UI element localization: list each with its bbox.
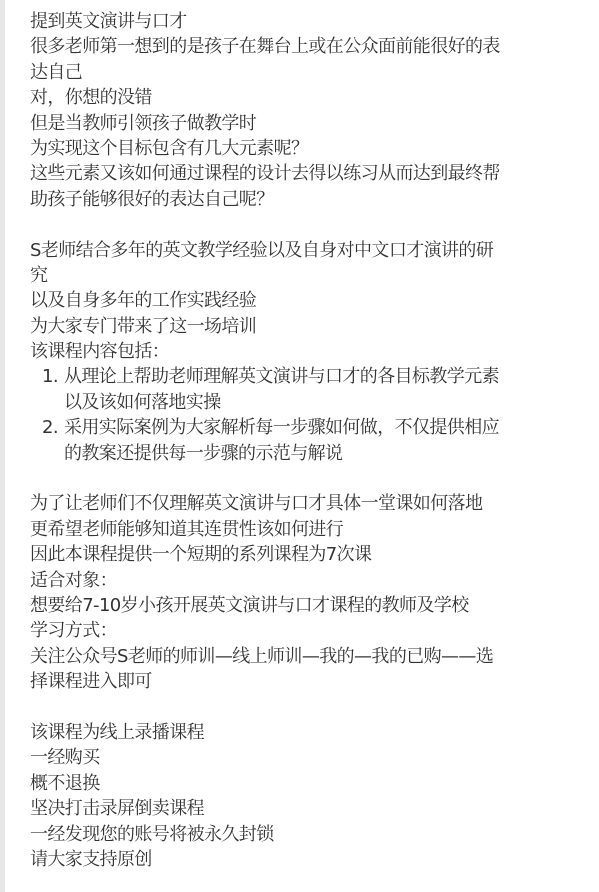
text-line: 采用实际案例为大家解析每一步骤如何做，不仅提供相应 [64, 415, 499, 440]
details-paragraph: 为了让老师们不仅理解英文演讲与口才具体一堂课如何落地 更希望老师能够知道其连贯性… [30, 491, 579, 694]
text-line: 助孩子能够很好的表达自己呢？ [30, 187, 579, 212]
paragraph-spacer [30, 212, 579, 237]
text-line: 为了让老师们不仅理解英文演讲与口才具体一堂课如何落地 [30, 491, 579, 516]
list-number: 2. [30, 415, 64, 466]
course-description: 提到英文演讲与口才 很多老师第一想到的是孩子在舞台上或在公众面前能很好的表 达自… [30, 9, 579, 872]
list-item: 2. 采用实际案例为大家解析每一步骤如何做，不仅提供相应 的教案还提供每一步骤的… [30, 415, 579, 466]
text-line: 该课程内容包括： [30, 339, 579, 364]
list-number: 1. [30, 364, 64, 415]
text-line: 对，你想的没错 [30, 85, 579, 110]
text-line: 为大家专门带来了这一场培训 [30, 314, 579, 339]
course-content-list: 1. 从理论上帮助老师理解英文演讲与口才的各目标教学元素 以及该如何落地实操 2… [30, 364, 579, 466]
text-line: 一经购买 [30, 745, 579, 770]
text-line: 从理论上帮助老师理解英文演讲与口才的各目标教学元素 [64, 364, 499, 389]
text-line: 适合对象： [30, 568, 579, 593]
text-line: 但是当教师引领孩子做教学时 [30, 111, 579, 136]
text-line: 择课程进入即可 [30, 669, 579, 694]
text-line: 因此本课程提供一个短期的系列课程为7次课 [30, 542, 579, 567]
text-line: 以及该如何落地实操 [64, 390, 499, 415]
text-line: 该课程为线上录播课程 [30, 720, 579, 745]
text-line: 为实现这个目标包含有几大元素呢？ [30, 136, 579, 161]
text-line: 这些元素又该如何通过课程的设计去得以练习从而达到最终帮 [30, 161, 579, 186]
text-line: 更希望老师能够知道其连贯性该如何进行 [30, 517, 579, 542]
text-line: 概不退换 [30, 771, 579, 796]
text-line: 一经发现您的账号将被永久封锁 [30, 822, 579, 847]
text-line: 的教案还提供每一步骤的示范与解说 [64, 441, 499, 466]
text-line: 很多老师第一想到的是孩子在舞台上或在公众面前能很好的表 [30, 34, 579, 59]
text-line: 关注公众号S老师的师训—线上师训—我的—我的已购——选 [30, 644, 579, 669]
text-line: S老师结合多年的英文教学经验以及自身对中文口才演讲的研 [30, 238, 579, 263]
text-line: 学习方式： [30, 618, 579, 643]
instructor-paragraph: S老师结合多年的英文教学经验以及自身对中文口才演讲的研 究 以及自身多年的工作实… [30, 238, 579, 467]
left-border-strip [0, 0, 5, 892]
list-item: 1. 从理论上帮助老师理解英文演讲与口才的各目标教学元素 以及该如何落地实操 [30, 364, 579, 415]
text-line: 想要给7-10岁小孩开展英文演讲与口才课程的教师及学校 [30, 593, 579, 618]
policy-paragraph: 该课程为线上录播课程 一经购买 概不退换 坚决打击录屏倒卖课程 一经发现您的账号… [30, 720, 579, 872]
paragraph-spacer [30, 695, 579, 720]
text-line: 达自己 [30, 60, 579, 85]
text-line: 以及自身多年的工作实践经验 [30, 288, 579, 313]
text-line: 究 [30, 263, 579, 288]
text-line: 请大家支持原创 [30, 847, 579, 872]
text-line: 提到英文演讲与口才 [30, 9, 579, 34]
text-line: 坚决打击录屏倒卖课程 [30, 796, 579, 821]
paragraph-spacer [30, 466, 579, 491]
intro-paragraph: 提到英文演讲与口才 很多老师第一想到的是孩子在舞台上或在公众面前能很好的表 达自… [30, 9, 579, 212]
